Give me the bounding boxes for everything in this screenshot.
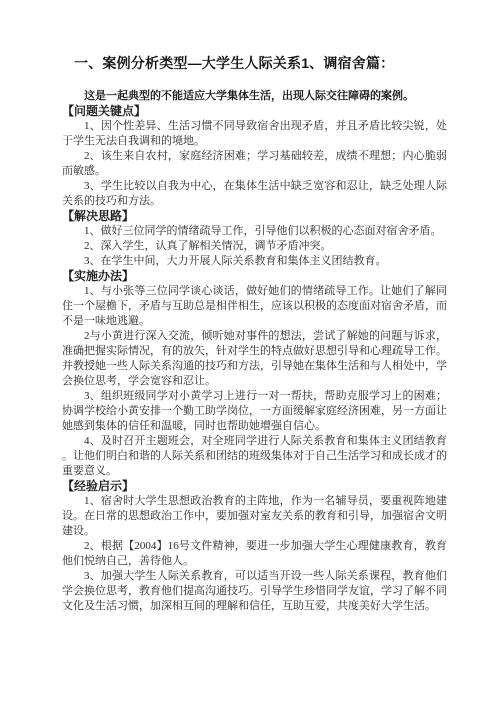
section-implementation-methods: 【实施办法】 1、与小张等三位同学谈心谈话，做好她们的情绪疏导工作。让她们了解同… <box>62 269 447 479</box>
section-problem-keypoints: 【问题关键点】 1、因个性差异、生活习惯不同导致宿舍出现矛盾，并且矛盾比较尖锐，… <box>62 104 447 209</box>
section-solution-ideas: 【解决思路】 1、做好三位同学的情绪疏导工作，引导他们以积极的心态面对宿舍矛盾。… <box>62 209 447 269</box>
section-experience-lessons: 【经验启示】 1、宿舍时大学生思想政治教育的主阵地，作为一名辅导员，要重视阵地建… <box>62 479 447 614</box>
paragraph-solution-1: 1、做好三位同学的情绪疏导工作，引导他们以积极的心态面对宿舍矛盾。 <box>62 224 447 239</box>
section-heading-solution-ideas: 【解决思路】 <box>62 209 447 224</box>
paragraph-implementation-4: 4、及时召开主题班会，对全班同学进行人际关系教育和集体主义团结教育。让他们明白和… <box>62 434 447 479</box>
paragraph-solution-3: 3、在学生中间，大力开展人际关系教育和集体主义团结教育。 <box>62 254 447 269</box>
section-heading-experience-lessons: 【经验启示】 <box>62 479 447 494</box>
paragraph-experience-3: 3、加强大学生人际关系教育，可以适当开设一些人际关系课程，教育他们学会换位思考，… <box>62 569 447 614</box>
paragraph-problem-3: 3、学生比较以自我为中心，在集体生活中缺乏宽容和忍让，缺乏处理人际关系的技巧和方… <box>62 179 447 209</box>
paragraph-implementation-2: 2与小黄进行深入交流，倾听她对事件的想法，尝试了解她的问题与诉求，准确把握实际情… <box>62 329 447 389</box>
paragraph-problem-2: 2、该生来自农村，家庭经济困难；学习基础较差，成绩不理想；内心脆弱而敏感。 <box>62 149 447 179</box>
paragraph-experience-2: 2、根据【2004】16号文件精神，要进一步加强大学生心理健康教育，教育他们悦纳… <box>62 539 447 569</box>
paragraph-problem-1: 1、因个性差异、生活习惯不同导致宿舍出现矛盾，并且矛盾比较尖锐，处于学生无法自我… <box>62 119 447 149</box>
document-title: 一、案例分析类型—大学生人际关系1、调宿舍篇： <box>62 54 447 72</box>
document-page: 一、案例分析类型—大学生人际关系1、调宿舍篇： 这是一起典型的不能适应大学集体生… <box>62 54 447 614</box>
paragraph-implementation-1: 1、与小张等三位同学谈心谈话，做好她们的情绪疏导工作。让她们了解同住一个屋檐下，… <box>62 284 447 329</box>
paragraph-experience-1: 1、宿舍时大学生思想政治教育的主阵地，作为一名辅导员，要重视阵地建设。在日常的思… <box>62 494 447 539</box>
section-heading-implementation-methods: 【实施办法】 <box>62 269 447 284</box>
paragraph-implementation-3: 3、组织班级同学对小黄学习上进行一对一帮扶，帮助克服学习上的困难；协调学校给小黄… <box>62 389 447 434</box>
intro-paragraph: 这是一起典型的不能适应大学集体生活，出现人际交往障碍的案例。 <box>62 89 447 104</box>
paragraph-solution-2: 2、深入学生，认真了解相关情况，调节矛盾冲突。 <box>62 239 447 254</box>
section-heading-problem-keypoints: 【问题关键点】 <box>62 104 447 119</box>
